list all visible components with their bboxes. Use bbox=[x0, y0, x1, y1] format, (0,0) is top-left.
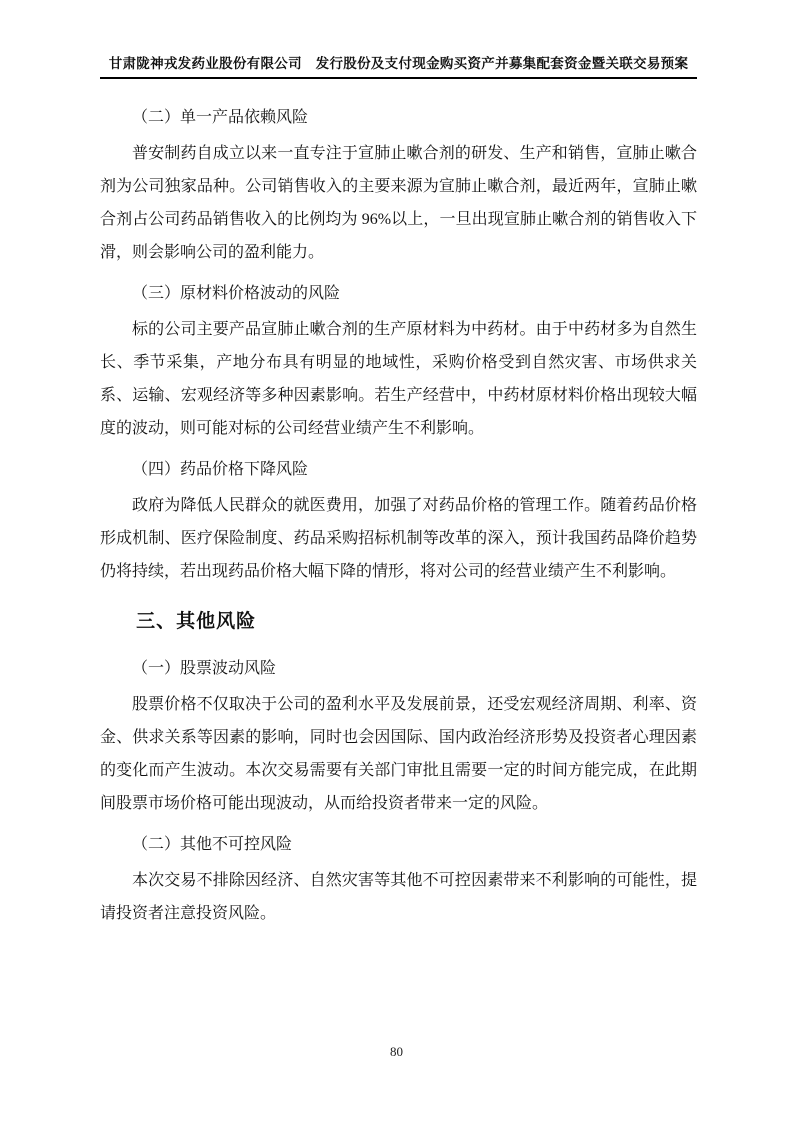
paragraph-drug-price-decline-risk: 政府为降低人民群众的就医费用，加强了对药品价格的管理工作。随着药品价格形成机制、… bbox=[100, 489, 697, 588]
paragraph-single-product-risk: 普安制药自成立以来一直专注于宣肺止嗽合剂的研发、生产和销售，宣肺止嗽合剂为公司独… bbox=[100, 137, 697, 269]
section-heading-other-uncontrollable-risk: （二）其他不可控风险 bbox=[100, 828, 697, 861]
paragraph-stock-volatility-risk: 股票价格不仅取决于公司的盈利水平及发展前景，还受宏观经济周期、利率、资金、供求关… bbox=[100, 688, 697, 820]
document-body: （二）单一产品依赖风险 普安制药自成立以来一直专注于宣肺止嗽合剂的研发、生产和销… bbox=[100, 101, 697, 930]
section-heading-stock-volatility-risk: （一）股票波动风险 bbox=[100, 652, 697, 685]
section-heading-raw-material-price-risk: （三）原材料价格波动的风险 bbox=[100, 277, 697, 310]
paragraph-other-uncontrollable-risk: 本次交易不排除因经济、自然灾害等其他不可控因素带来不利影响的可能性，提请投资者注… bbox=[100, 864, 697, 930]
chapter-heading-other-risks: 三、其他风险 bbox=[100, 602, 697, 642]
document-page: 甘肃陇神戎发药业股份有限公司 发行股份及支付现金购买资产并募集配套资金暨关联交易… bbox=[0, 0, 793, 1122]
section-heading-single-product-risk: （二）单一产品依赖风险 bbox=[100, 101, 697, 134]
page-header: 甘肃陇神戎发药业股份有限公司 发行股份及支付现金购买资产并募集配套资金暨关联交易… bbox=[100, 52, 697, 79]
page-number: 80 bbox=[0, 1044, 793, 1060]
paragraph-raw-material-price-risk: 标的公司主要产品宣肺止嗽合剂的生产原材料为中药材。由于中药材多为自然生长、季节采… bbox=[100, 313, 697, 445]
section-heading-drug-price-decline-risk: （四）药品价格下降风险 bbox=[100, 453, 697, 486]
